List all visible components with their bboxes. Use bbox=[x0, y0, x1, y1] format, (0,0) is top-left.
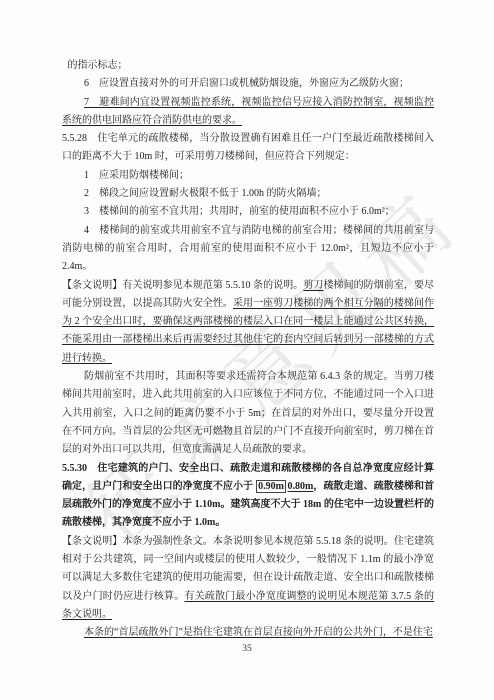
paragraph: 本条的“首层疏散外门”是指住宅建筑在首层直接向外开启的公共外门，不是住宅 bbox=[62, 624, 434, 642]
paragraph: 防烟前室不共用时，其面积等要求还需符合本规范第 6.4.3 条的规定。当剪刀楼梯… bbox=[62, 368, 434, 459]
paragraph: 【条文说明】有关说明参见本规范第 5.5.10 条的说明。剪刀楼梯间的防烟前室，… bbox=[62, 277, 434, 368]
paragraph: 【条文说明】本条为强制性条文。本条说明参见本规范第 5.5.18 条的说明。住宅… bbox=[62, 533, 434, 624]
text-run: 6 应设置直接对外的可开启窗口或机械防烟设施，外窗应为乙级防火窗； bbox=[84, 78, 409, 89]
text-run: 1 应采用防烟楼梯间； bbox=[84, 170, 189, 181]
paragraph: 2 梯段之间应设置耐火极限不低于 1.00h 的防火隔墙； bbox=[62, 185, 434, 203]
paragraph: 1 应采用防烟楼梯间； bbox=[62, 167, 434, 185]
text-run: 的指示标志； bbox=[68, 60, 128, 71]
paragraph: 5.5.30 住宅建筑的户门、安全出口、疏散走道和疏散楼梯的各自总净宽度应经计算… bbox=[62, 460, 434, 533]
text-run: 5.5.28 住宅单元的疏散楼梯，当分散设置确有困难且任一户门至最近疏散楼梯间入… bbox=[62, 133, 434, 162]
revision-boxed-value: 0.90m bbox=[256, 480, 287, 493]
text-run: 2 梯段之间应设置耐火极限不低于 1.00h 的防火隔墙； bbox=[84, 188, 327, 199]
document-body: 的指示标志；6 应设置直接对外的可开启窗口或机械防烟设施，外窗应为乙级防火窗；7… bbox=[62, 57, 434, 643]
document-page: { "page": { "number": "35", "watermark":… bbox=[0, 0, 494, 700]
paragraph: 的指示标志； bbox=[62, 57, 434, 75]
revision-underlined-text: 本条的“首层疏散外门”是指住宅建筑在首层直接向外开启的公共外门，不是住宅 bbox=[84, 627, 433, 638]
text-run: 防烟前室不共用时，其面积等要求还需符合本规范第 6.4.3 条的规定。当剪刀楼梯… bbox=[62, 371, 434, 455]
page-number: 35 bbox=[0, 644, 494, 654]
revision-underlined-text: 剪刀 bbox=[303, 280, 323, 291]
revision-underlined-text: 0.80m bbox=[287, 481, 313, 492]
paragraph: 3 楼梯间的前室不宜共用；共用时，前室的使用面积不应小于 6.0m²； bbox=[62, 203, 434, 221]
text-run: 【条文说明】有关说明参见本规范第 5.5.10 条的说明。 bbox=[62, 280, 303, 291]
paragraph: 5.5.28 住宅单元的疏散楼梯，当分散设置确有困难且任一户门至最近疏散楼梯间入… bbox=[62, 130, 434, 167]
paragraph: 4 楼梯间的前室或共用前室不宜与消防电梯的前室合用；楼梯间的共用前室与消防电梯的… bbox=[62, 222, 434, 277]
paragraph: 6 应设置直接对外的可开启窗口或机械防烟设施，外窗应为乙级防火窗； bbox=[62, 75, 434, 93]
text-run: 3 楼梯间的前室不宜共用；共用时，前室的使用面积不应小于 6.0m²； bbox=[84, 206, 395, 217]
text-run: 4 楼梯间的前室或共用前室不宜与消防电梯的前室合用；楼梯间的共用前室与消防电梯的… bbox=[62, 225, 434, 273]
paragraph: 7 避难间内宜设置视频监控系统，视频监控信号应接入消防控制室，视频监控系统的供电… bbox=[62, 94, 434, 131]
revision-underlined-text: 7 避难间内宜设置视频监控系统，视频监控信号应接入消防控制室，视频监控系统的供电… bbox=[62, 97, 434, 126]
